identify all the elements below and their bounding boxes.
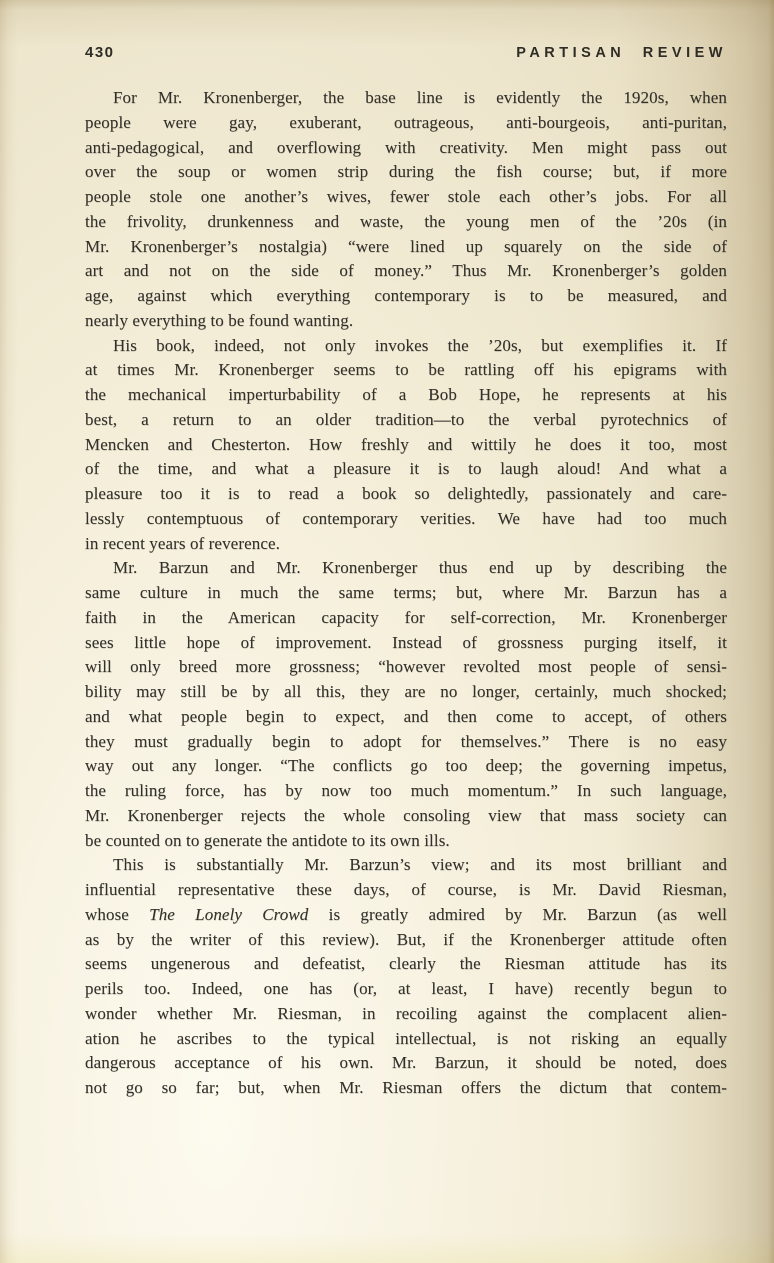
text-line: they must gradually begin to adopt for t… (85, 730, 727, 755)
text-line: Mr. Kronenberger’s nostalgia) “were line… (85, 235, 727, 260)
text-line: sees little hope of improvement. Instead… (85, 631, 727, 656)
text-line: people stole one another’s wives, fewer … (85, 185, 727, 210)
text-line: For Mr. Kronenberger, the base line is e… (85, 86, 727, 111)
journal-title: PARTISAN REVIEW (516, 45, 727, 61)
text-line: Mencken and Chesterton. How freshly and … (85, 433, 727, 458)
text-line: His book, indeed, not only invokes the ’… (85, 334, 727, 359)
running-head: 430 PARTISAN REVIEW (85, 44, 727, 61)
text-line: Mr. Kronenberger rejects the whole conso… (85, 804, 727, 829)
page-number: 430 (85, 44, 115, 61)
text-line: people were gay, exuberant, outrageous, … (85, 111, 727, 136)
text-block: For Mr. Kronenberger, the base line is e… (85, 86, 727, 1101)
text-line: be counted on to generate the antidote t… (85, 829, 727, 854)
text-line: will only breed more grossness; “however… (85, 655, 727, 680)
text-line: as by the writer of this review). But, i… (85, 928, 727, 953)
text-line: anti-pedagogical, and overflowing with c… (85, 136, 727, 161)
text-line: same culture in much the same terms; but… (85, 581, 727, 606)
text-line: not go so far; but, when Mr. Riesman off… (85, 1076, 727, 1101)
text-line: dangerous acceptance of his own. Mr. Bar… (85, 1051, 727, 1076)
paragraph: His book, indeed, not only invokes the ’… (85, 334, 727, 557)
text-line: the ruling force, has by now too much mo… (85, 779, 727, 804)
text-line: influential representative these days, o… (85, 878, 727, 903)
text-line: seems ungenerous and defeatist, clearly … (85, 952, 727, 977)
text-line: art and not on the side of money.” Thus … (85, 259, 727, 284)
paragraph: This is substantially Mr. Barzun’s view;… (85, 853, 727, 1101)
text-line: whose The Lonely Crowd is greatly admire… (85, 903, 727, 928)
paragraph: For Mr. Kronenberger, the base line is e… (85, 86, 727, 334)
text-line: bility may still be by all this, they ar… (85, 680, 727, 705)
text-line: pleasure too it is to read a book so del… (85, 482, 727, 507)
text-line: best, a return to an older tradition—to … (85, 408, 727, 433)
text-line: wonder whether Mr. Riesman, in recoiling… (85, 1002, 727, 1027)
text-line: perils too. Indeed, one has (or, at leas… (85, 977, 727, 1002)
text-line: way out any longer. “The conflicts go to… (85, 754, 727, 779)
text-line: the mechanical imperturbability of a Bob… (85, 383, 727, 408)
text-line: of the time, and what a pleasure it is t… (85, 457, 727, 482)
paragraph: Mr. Barzun and Mr. Kronenberger thus end… (85, 556, 727, 853)
text-line: age, against which everything contempora… (85, 284, 727, 309)
text-line: the frivolity, drunkenness and waste, th… (85, 210, 727, 235)
text-line: This is substantially Mr. Barzun’s view;… (85, 853, 727, 878)
text-line: in recent years of reverence. (85, 532, 727, 557)
text-line: faith in the American capacity for self-… (85, 606, 727, 631)
scanned-book-page: 430 PARTISAN REVIEW For Mr. Kronenberger… (0, 0, 774, 1263)
text-line: ation he ascribes to the typical intelle… (85, 1027, 727, 1052)
text-line: nearly everything to be found wanting. (85, 309, 727, 334)
text-line: lessly contemptuous of contemporary veri… (85, 507, 727, 532)
text-line: at times Mr. Kronenberger seems to be ra… (85, 358, 727, 383)
text-line: Mr. Barzun and Mr. Kronenberger thus end… (85, 556, 727, 581)
text-line: and what people begin to expect, and the… (85, 705, 727, 730)
text-line: over the soup or women strip during the … (85, 160, 727, 185)
